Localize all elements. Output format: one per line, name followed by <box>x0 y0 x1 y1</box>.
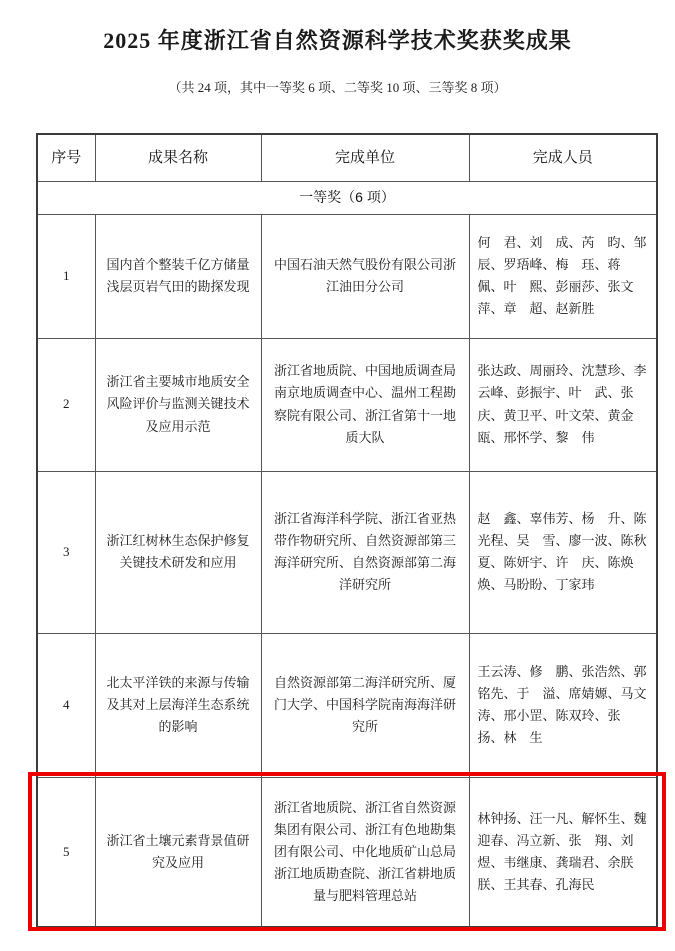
column-header-unit: 完成单位 <box>261 134 469 181</box>
cell-no: 4 <box>37 633 95 777</box>
column-header-no: 序号 <box>37 134 95 181</box>
cell-no: 3 <box>37 471 95 633</box>
table-row: 3 浙江红树林生态保护修复关键技术研发和应用 浙江省海洋科学院、浙江省亚热带作物… <box>37 471 657 633</box>
column-header-people: 完成人员 <box>469 134 657 181</box>
cell-completing-people: 林钟扬、汪一凡、解怀生、魏迎春、冯立新、张 翔、刘 煜、韦继康、龚瑞君、余朕朕、… <box>469 777 657 927</box>
cell-completing-people: 王云涛、修 鹏、张浩然、郭铭先、于 溢、席婧嫄、马文涛、邢小罡、陈双玲、张 扬、… <box>469 633 657 777</box>
cell-completing-units: 浙江省地质院、浙江省自然资源集团有限公司、浙江有色地勘集团有限公司、中化地质矿山… <box>261 777 469 927</box>
cell-achievement-name: 浙江省土壤元素背景值研究及应用 <box>95 777 261 927</box>
cell-completing-units: 中国石油天然气股份有限公司浙江油田分公司 <box>261 214 469 338</box>
cell-completing-people: 何 君、刘 成、芮 昀、邹 辰、罗珸峰、梅 珏、蒋 佩、叶 熙、彭丽莎、张文萍、… <box>469 214 657 338</box>
cell-no: 2 <box>37 338 95 471</box>
cell-achievement-name: 浙江省主要城市地质安全风险评价与监测关键技术及应用示范 <box>95 338 261 471</box>
page-subtitle: （共 24 项，其中一等奖 6 项、二等奖 10 项、三等奖 8 项） <box>0 77 675 96</box>
table-row: 2 浙江省主要城市地质安全风险评价与监测关键技术及应用示范 浙江省地质院、中国地… <box>37 338 657 471</box>
table-row: 4 北太平洋铁的来源与传输及其对上层海洋生态系统的影响 自然资源部第二海洋研究所… <box>37 633 657 777</box>
table-row-highlighted: 5 浙江省土壤元素背景值研究及应用 浙江省地质院、浙江省自然资源集团有限公司、浙… <box>37 777 657 927</box>
cell-completing-units: 自然资源部第二海洋研究所、厦门大学、中国科学院南海海洋研究所 <box>261 633 469 777</box>
cell-achievement-name: 浙江红树林生态保护修复关键技术研发和应用 <box>95 471 261 633</box>
cell-completing-units: 浙江省地质院、中国地质调查局南京地质调查中心、温州工程勘察院有限公司、浙江省第十… <box>261 338 469 471</box>
cell-completing-people: 赵 鑫、辜伟芳、杨 升、陈光程、吴 雪、廖一波、陈秋夏、陈妍宇、许 庆、陈焕焕、… <box>469 471 657 633</box>
cell-completing-units: 浙江省海洋科学院、浙江省亚热带作物研究所、自然资源部第三海洋研究所、自然资源部第… <box>261 471 469 633</box>
cell-no: 5 <box>37 777 95 927</box>
cell-completing-people: 张达政、周丽玲、沈慧珍、李云峰、彭振宇、叶 武、张 庆、黄卫平、叶文荣、黄金瓯、… <box>469 338 657 471</box>
section-label: 一等奖（6 项） <box>37 181 657 214</box>
column-header-name: 成果名称 <box>95 134 261 181</box>
cell-achievement-name: 国内首个整装千亿方储量浅层页岩气田的勘探发现 <box>95 214 261 338</box>
cell-achievement-name: 北太平洋铁的来源与传输及其对上层海洋生态系统的影响 <box>95 633 261 777</box>
table-header-row: 序号 成果名称 完成单位 完成人员 <box>37 134 657 181</box>
cell-no: 1 <box>37 214 95 338</box>
section-row-first-prize: 一等奖（6 项） <box>37 181 657 214</box>
table-row: 1 国内首个整装千亿方储量浅层页岩气田的勘探发现 中国石油天然气股份有限公司浙江… <box>37 214 657 338</box>
awards-table: 序号 成果名称 完成单位 完成人员 一等奖（6 项） 1 国内首个整装千亿方储量… <box>36 133 658 928</box>
page-title: 2025 年度浙江省自然资源科学技术奖获奖成果 <box>0 24 675 55</box>
